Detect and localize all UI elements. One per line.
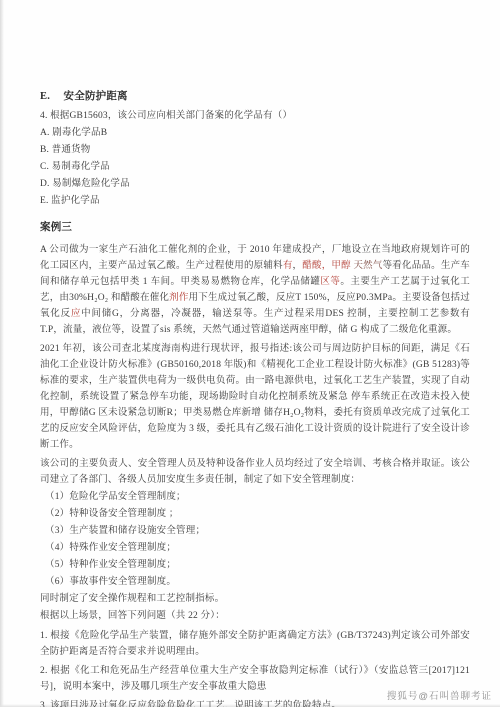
sub-question-1: 1. 根接《危险化学品生产装置，储存施外部安全防护距离确定方法》(GB/T372…	[40, 628, 470, 660]
text-segment: E. 监护化学品	[40, 196, 100, 206]
rule-5: （5）特种作业安全管理制度；	[40, 557, 470, 574]
text-segment: 2021 年初，该公司查北某度海南构进行现状评，报号指述:该公司与周边防护目标的…	[40, 344, 470, 450]
option-e: E. 监护化学品	[40, 193, 470, 210]
text-segment: A. 剧毒化学品B	[40, 128, 107, 138]
text-segment: 4. 根据GB15603，该公司应向相关部门备案的化学品有（）	[40, 111, 292, 121]
case-paragraph-3: 该公司的主要负责人、安全管理人员及特种设备作业人员均经过了安全培训、考核合格并取…	[40, 456, 470, 488]
rule-3: （3）生产装置和储存设施安全管理；	[40, 523, 470, 540]
rule-6: （6）事故事件安全管理制度。	[40, 574, 470, 591]
rule-2: （2）特种设备安全管理制度 ；	[40, 506, 470, 523]
option-b: B. 普通货物	[40, 142, 470, 159]
text-segment: E. 安全防护距离	[40, 91, 128, 102]
text-segment: （6）事故事件安全管理制度。	[45, 577, 176, 587]
text-segment: 根据以上场景，回答下列问题（共 22 分）：	[40, 611, 225, 621]
option-d: D. 易制爆危险化学品	[40, 176, 470, 193]
text-segment: ，	[293, 261, 303, 271]
text-segment: 该公司的主要负责人、安全管理人员及特种设备作业人员均经过了安全培训、考核合格并取…	[40, 459, 470, 485]
watermark: 搜狐号@石叫兽聊考证	[387, 688, 492, 702]
option-c: C. 易制毒化学品	[40, 159, 470, 176]
text-segment: 案例三	[40, 222, 72, 233]
document-page: E. 安全防护距离4. 根据GB15603，该公司应向相关部门备案的化学品有（）…	[0, 0, 500, 707]
text-segment: （3）生产装置和储存设施安全管理；	[45, 526, 205, 536]
text-segment: 中间储G，分离器，冷凝器，输送泵等。生产过程采用DES 控制，主要控制工艺参数有…	[40, 309, 470, 335]
text-segment-red: 剂作	[169, 293, 188, 303]
section-heading-e: E. 安全防护距离	[40, 88, 470, 105]
text-segment-maroon: 天然气	[353, 261, 382, 271]
text-segment: 1. 根接《危险化学品生产装置，储存施外部安全防护距离确定方法》(GB/T372…	[40, 631, 470, 657]
text-segment: （4）特殊作业安全管理制度；	[45, 543, 176, 553]
text-segment: （1）危险化学品安全管理制度；	[45, 492, 186, 502]
option-a: A. 剧毒化学品B	[40, 125, 470, 142]
text-segment-red: 区等	[320, 277, 340, 287]
text-segment: B. 普通货物	[40, 145, 91, 155]
text-segment-red: 有	[283, 261, 293, 271]
case-paragraph-1: A 公司做为一家生产石油化工催化剂的企业，于 2010 年建成投产，厂地设立在当…	[40, 242, 470, 338]
text-segment: 同时制定了安全操作规程和工艺控制指标。	[40, 594, 224, 604]
question-4: 4. 根据GB15603，该公司应向相关部门备案的化学品有（）	[40, 108, 470, 125]
questions-intro: 根据以上场景，回答下列问题（共 22 分）：	[40, 608, 470, 625]
rule-1: （1）危险化学品安全管理制度；	[40, 489, 470, 506]
text-segment: D. 易制爆危险化学品	[40, 179, 130, 189]
text-segment-red: 醋酸，甲醇	[302, 261, 351, 271]
document-blocks: E. 安全防护距离4. 根据GB15603，该公司应向相关部门备案的化学品有（）…	[40, 88, 470, 707]
text-segment: （5）特种作业安全管理制度；	[45, 560, 176, 570]
text-segment: C. 易制毒化学品	[40, 162, 110, 172]
text-segment: （2）特种设备安全管理制度 ；	[45, 509, 179, 519]
closing-note: 同时制定了安全操作规程和工艺控制指标。	[40, 591, 470, 608]
page-left-edge	[0, 0, 4, 707]
case-paragraph-2: 2021 年初，该公司查北某度海南构进行现状评，报号指述:该公司与周边防护目标的…	[40, 341, 470, 453]
case-heading: 案例三	[40, 219, 470, 237]
text-segment-red: 应	[71, 309, 81, 319]
rule-4: （4）特殊作业安全管理制度；	[40, 540, 470, 557]
text-segment: 3. 该项目涉及过氧化反应危险危险化工工艺，说明该工艺的危险特点。	[40, 701, 341, 707]
